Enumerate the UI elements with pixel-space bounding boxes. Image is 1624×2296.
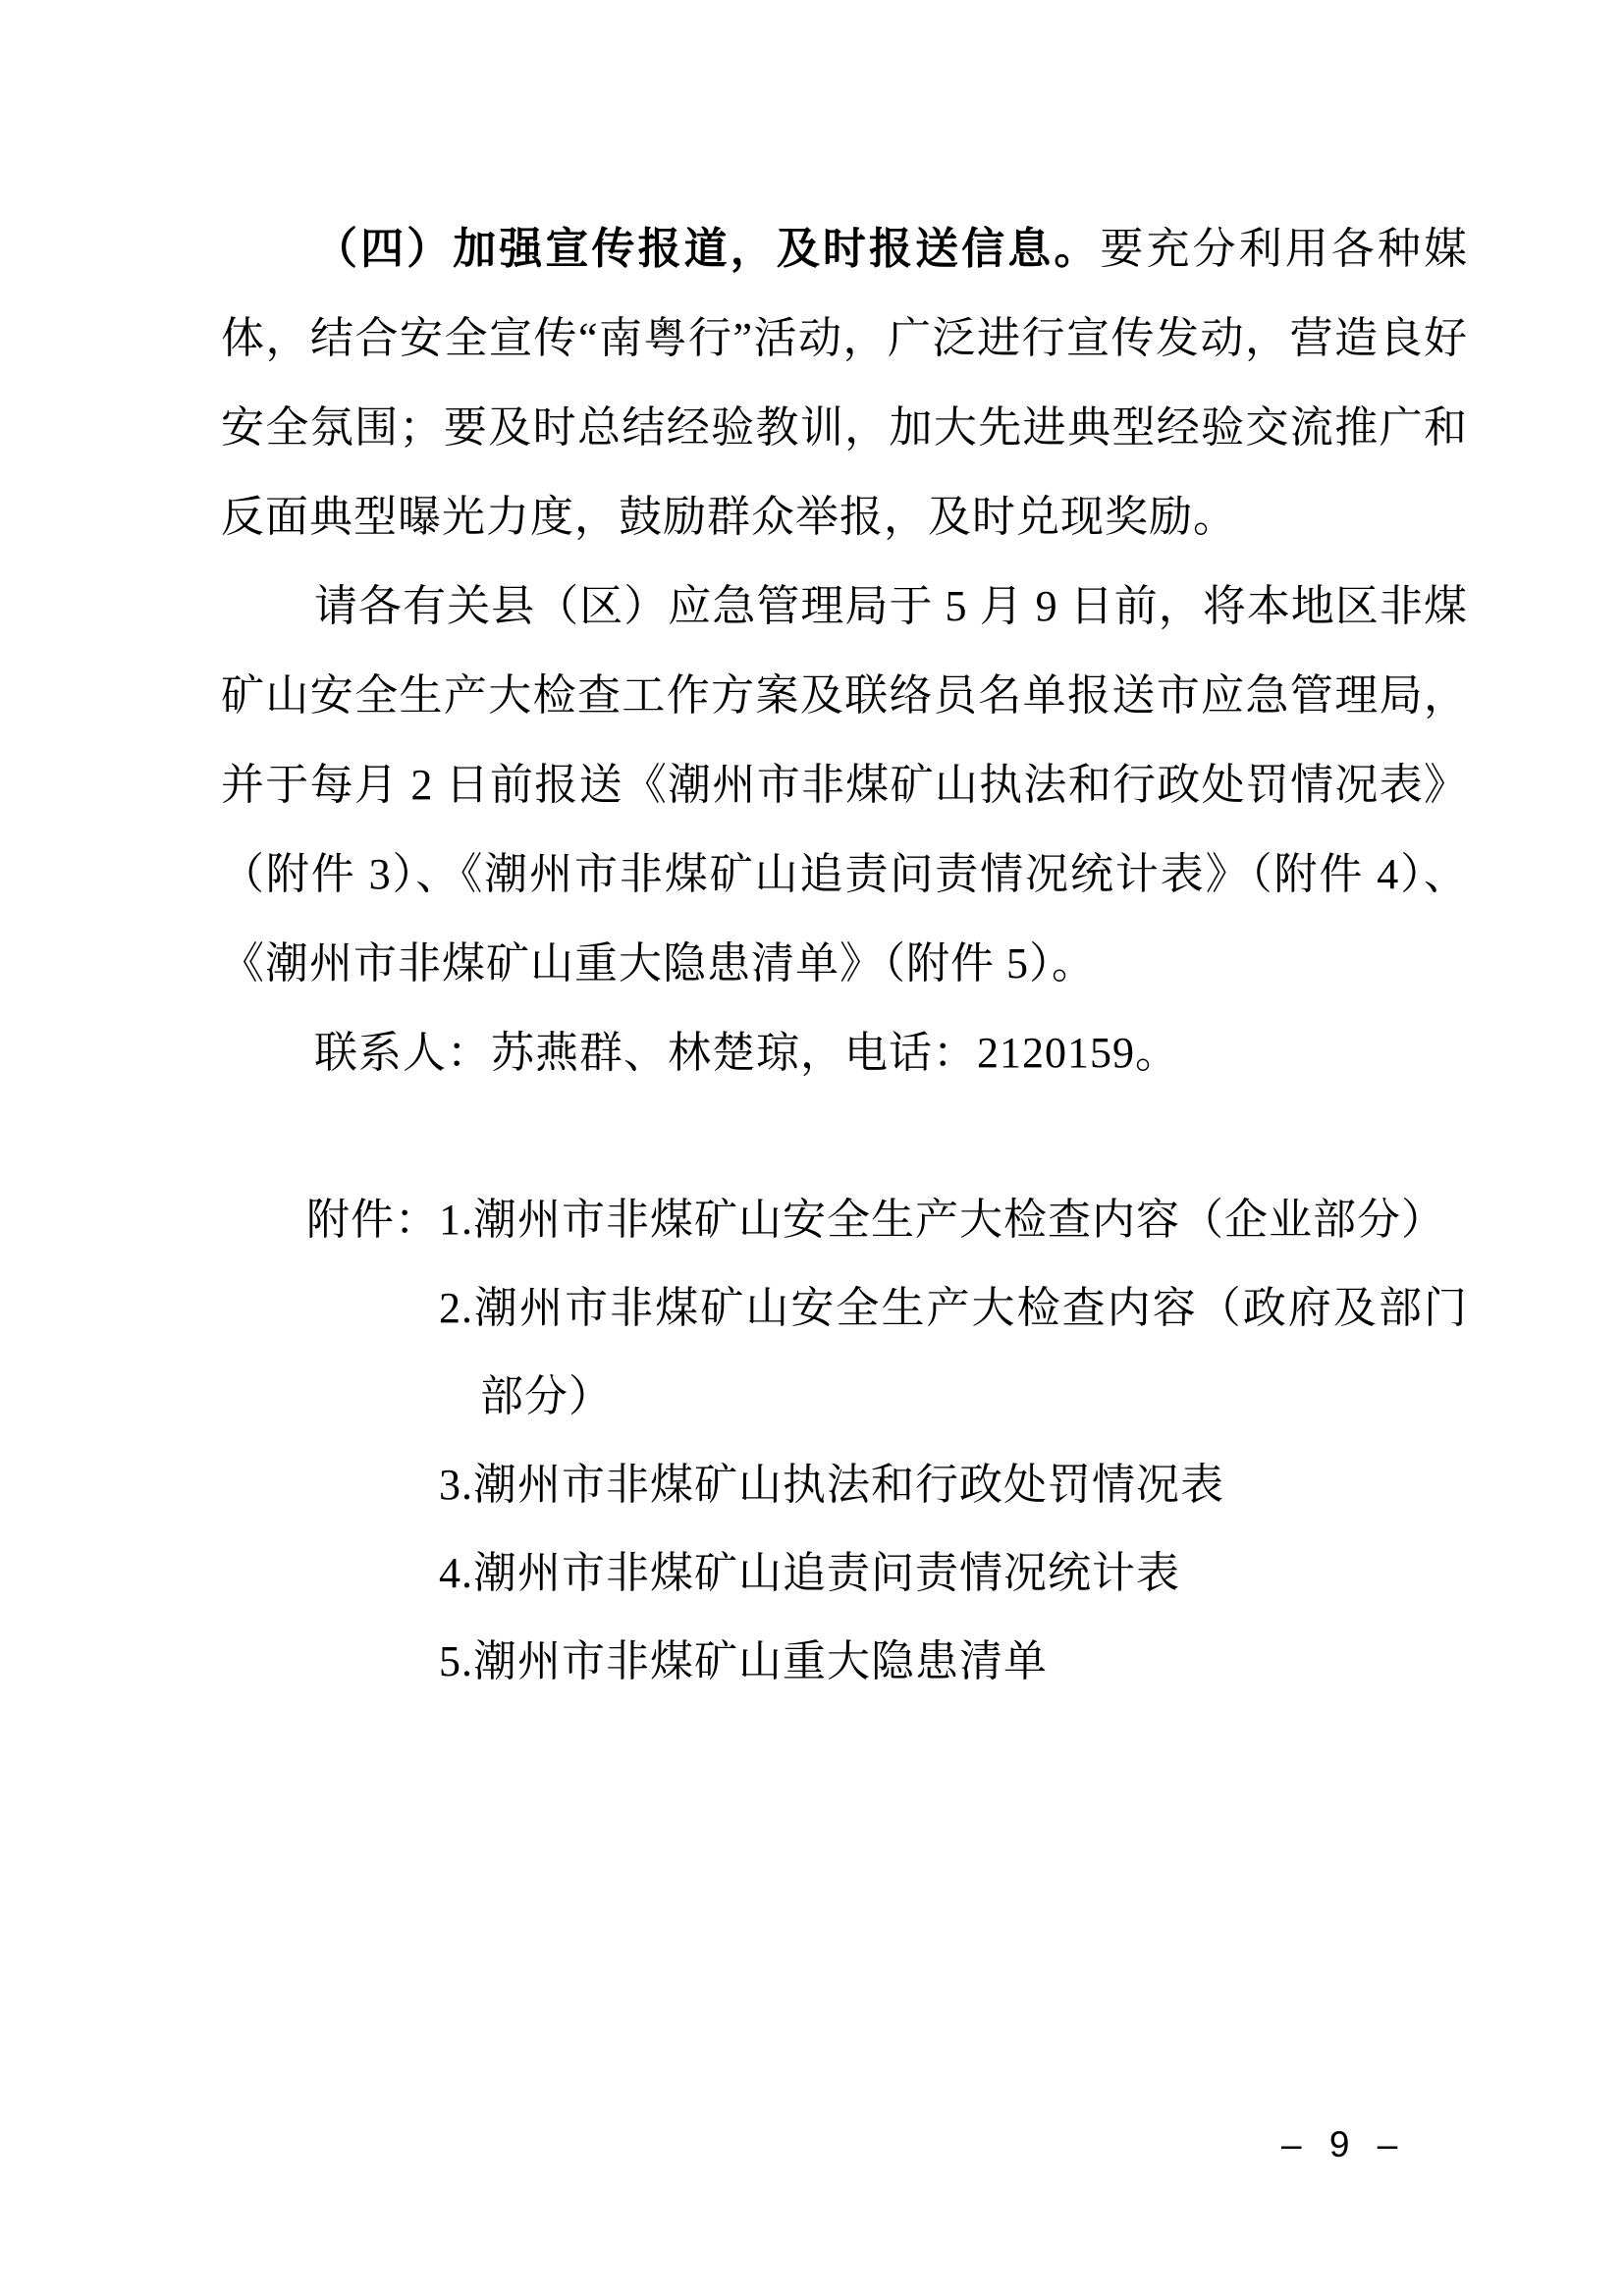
paragraph-publicity: （四）加强宣传报道，及时报送信息。要充分利用各种媒体，结合安全宣传“南粤行”活动… xyxy=(221,204,1468,561)
attachments-list: 1.潮州市非煤矿山安全生产大检查内容（企业部分） 2.潮州市非煤矿山安全生产大检… xyxy=(439,1176,1468,1706)
paragraph-contact-info: 联系人：苏燕群、林楚琼，电话：2120159。 xyxy=(221,1008,1468,1097)
attachments-block: 附件： 1.潮州市非煤矿山安全生产大检查内容（企业部分） 2.潮州市非煤矿山安全… xyxy=(221,1176,1468,1706)
document-body: （四）加强宣传报道，及时报送信息。要充分利用各种媒体，结合安全宣传“南粤行”活动… xyxy=(221,204,1468,1706)
attachment-item-3: 3.潮州市非煤矿山执法和行政处罚情况表 xyxy=(439,1441,1468,1529)
paragraph-reporting-requirements: 请各有关县（区）应急管理局于 5 月 9 日前，将本地区非煤矿山安全生产大检查工… xyxy=(221,561,1468,1008)
attachment-item-1: 1.潮州市非煤矿山安全生产大检查内容（企业部分） xyxy=(439,1176,1468,1264)
attachment-item-5: 5.潮州市非煤矿山重大隐患清单 xyxy=(439,1618,1468,1706)
attachment-item-2: 2.潮州市非煤矿山安全生产大检查内容（政府及部门部分） xyxy=(439,1264,1468,1441)
attachments-label: 附件： xyxy=(306,1176,439,1706)
document-page: （四）加强宣传报道，及时报送信息。要充分利用各种媒体，结合安全宣传“南粤行”活动… xyxy=(0,0,1624,2296)
paragraph-publicity-lead: （四）加强宣传报道，及时报送信息。 xyxy=(314,225,1100,273)
page-number: – 9 – xyxy=(1281,2123,1399,2166)
attachment-item-4: 4.潮州市非煤矿山追责问责情况统计表 xyxy=(439,1529,1468,1618)
